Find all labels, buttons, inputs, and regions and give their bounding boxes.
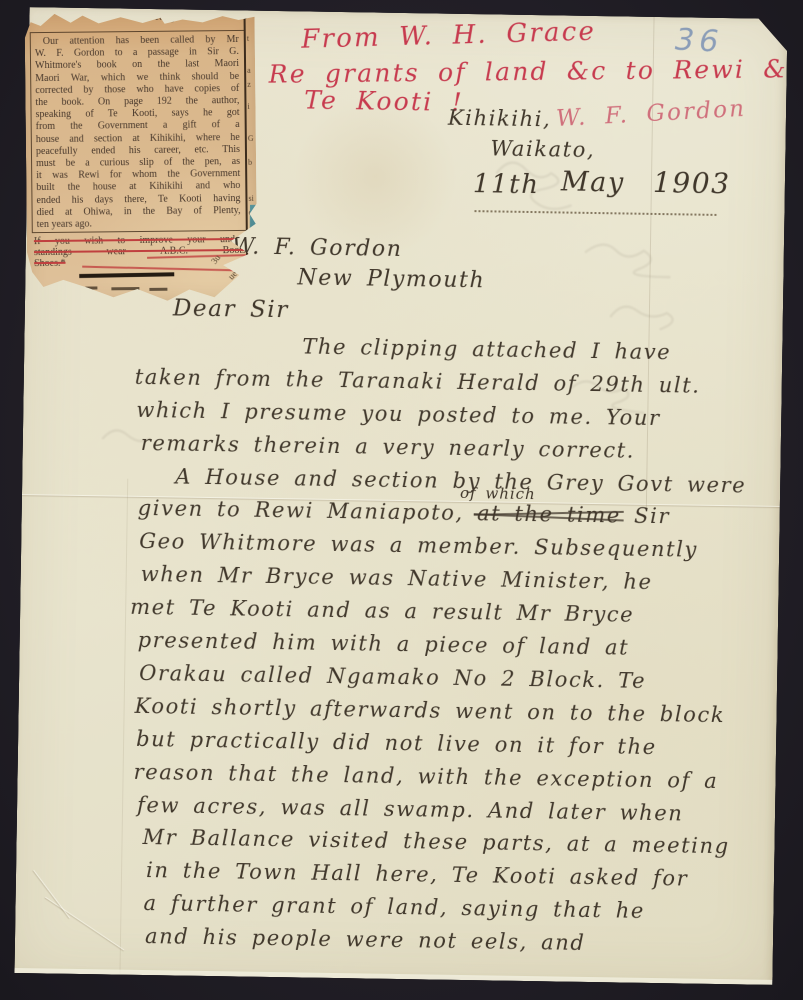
- body-line: Orakau called Ngamako No 2 Block. Te: [139, 661, 646, 693]
- paper-bottom-edge: [14, 968, 772, 985]
- body-line: a further grant of land, saying that he: [143, 891, 645, 923]
- struck-out-words: at the time: [477, 501, 621, 527]
- line: died at Ohiwa, in the Bay of Plenty,: [37, 205, 241, 219]
- fold-crease-vertical-lower: [119, 479, 128, 974]
- line: i: [247, 102, 249, 111]
- body-line: reason that the land, with the exception…: [133, 760, 718, 793]
- body-line: met Te Kooti and as a result Mr Bryce: [130, 595, 634, 627]
- red-annotation-line-3: Te Kooti !: [304, 85, 464, 117]
- date-dotted-rule: [474, 210, 716, 216]
- fold-crease-vertical: [646, 17, 655, 509]
- column-divider-bar: [79, 272, 174, 278]
- line: t: [247, 34, 249, 43]
- line: a: [247, 66, 251, 75]
- letterhead-region: Waikato,: [490, 136, 595, 162]
- body-text: Sir: [621, 503, 671, 528]
- body-line: taken from the Taranaki Herald of 29th u…: [135, 365, 701, 398]
- body-line-with-correction: given to Rewi Maniapoto, at the time Sir…: [138, 496, 671, 528]
- photo-background: 36 From W. H. Grace Re grants of land &c…: [0, 0, 803, 1000]
- body-line: which I presume you posted to me. Your: [136, 398, 661, 430]
- line: si: [248, 194, 253, 203]
- date-month: May: [561, 166, 625, 198]
- line: ten years ago.: [37, 217, 241, 231]
- torn-text-smudge: [149, 288, 167, 291]
- body-line: Geo Whitmore was a member. Subsequently: [139, 529, 698, 562]
- body-line: few acres, was all swamp. And later when: [137, 793, 684, 826]
- red-annotation-line-1: From W. H. Grace: [301, 17, 597, 55]
- red-annotation-line-2: Re grants of land &c to Rewi &: [269, 54, 788, 88]
- salutation: Dear Sir: [173, 295, 289, 323]
- clipping-article-text: Our attention has been called by MrW. F.…: [35, 34, 241, 231]
- line: G: [248, 134, 254, 143]
- body-line: Kooti shortly afterwards went on to the …: [134, 694, 725, 727]
- newspaper-clipping: eting be- Our attention has been called …: [24, 8, 257, 303]
- line: b: [248, 158, 252, 167]
- date-year: 1903: [653, 166, 731, 200]
- inserted-correction: of which: [460, 484, 536, 503]
- corner-crease: [45, 897, 124, 951]
- corner-crease-small: [33, 870, 70, 918]
- recipient-name: W. F. Gordon: [232, 234, 403, 262]
- date-day: 11th: [473, 169, 540, 200]
- letterhead-place: Kihikihi,: [448, 106, 552, 132]
- body-line: The clipping attached I have: [302, 334, 671, 364]
- body-line: remarks therein a very nearly correct.: [141, 431, 636, 463]
- line: z: [247, 80, 251, 89]
- body-line: in the Town Hall here, Te Kooti asked fo…: [146, 858, 689, 891]
- recipient-city: New Plymouth: [297, 265, 485, 293]
- body-text: given to Rewi Maniapoto,: [138, 496, 478, 525]
- red-annotation-signature: W. F. Gordon: [555, 96, 746, 132]
- body-line: presented him with a piece of land at: [138, 628, 630, 660]
- body-line: but practically did not live on it for t…: [136, 727, 657, 759]
- body-line: Mr Ballance visited these parts, at a me…: [142, 825, 729, 858]
- body-line: when Mr Bryce was Native Minister, he: [141, 562, 653, 594]
- body-line: and his people were not eels, and: [145, 924, 586, 955]
